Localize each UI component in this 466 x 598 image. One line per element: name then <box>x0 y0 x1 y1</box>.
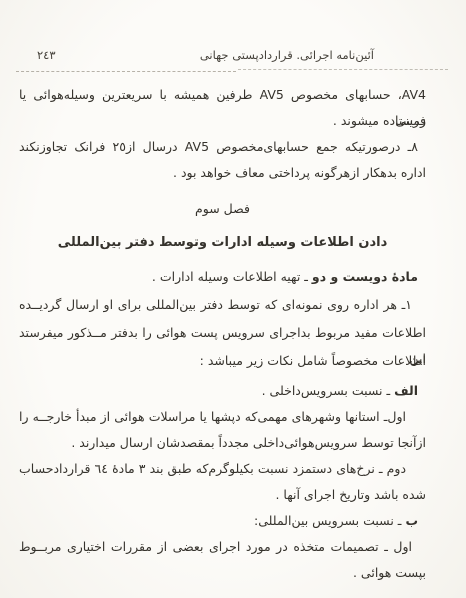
clause-alef-first-line-2: ازآنجا توسط سرویس‌هوائی‌داخلی مجدداً بمق… <box>19 430 426 456</box>
clause-be-first-line-1: اول ـ تصمیمات متخذه در مورد اجرای بعضی ا… <box>19 534 426 560</box>
article-202-subject: ـ تهیه اطلاعات وسیله ادارات . <box>152 269 308 284</box>
running-title: آئین‌نامه اجرائی. قراردادپستی جهانی <box>200 48 374 62</box>
continued-paragraph-line-1: AV4، حسابهای مخصوص AV5 طرفین همیشه با سر… <box>19 82 426 108</box>
clause-be-heading: ب ـ نسبت بسرویس بین‌المللی: <box>19 508 426 534</box>
page-header: ٢٤٣ آئین‌نامه اجرائی. قراردادپستی جهانی <box>19 48 426 68</box>
item-1-line-2: اطلاعات مفید مربوط بداجرای سرویس پست هوا… <box>19 320 426 346</box>
clause-be-first-line-2: بپست هوائی . <box>19 560 426 586</box>
article-202-heading: مادۀ دویست و دو ـ تهیه اطلاعات وسیله ادا… <box>19 264 426 290</box>
clause-alef-heading: الف ـ نسبت بسرویس‌داخلی . <box>19 378 426 404</box>
chapter-heading: فصل سوم <box>19 196 426 222</box>
clause-alef-text: ـ نسبت بسرویس‌داخلی . <box>262 383 391 398</box>
header-divider-right <box>238 69 448 70</box>
clause-alef-first-line-1: اول‌ـ استانها وشهرهای مهمی‌که دپشها یا م… <box>19 404 426 430</box>
clause-be-text: ـ نسبت بسرویس بین‌المللی: <box>254 513 401 528</box>
item-1-line-3: اطلاعات مخصوصاً شامل نکات زیر میباشد : <box>19 348 426 374</box>
clause-alef-second-line-2: شده باشد وتاریخ اجرای آنها . <box>19 482 426 508</box>
page-body: AV4، حسابهای مخصوص AV5 طرفین همیشه با سر… <box>19 82 426 586</box>
paragraph-8-line-2: اداره بدهکار ازهرگونه پرداختی معاف خواهد… <box>19 160 426 186</box>
clause-alef-letter: الف <box>394 383 418 398</box>
clause-alef-second-line-1: دوم ـ نرخ‌های دستمزد نسبت بکیلوگرم‌که طب… <box>19 456 426 482</box>
header-divider-left <box>16 71 236 72</box>
chapter-title: دادن اطلاعات وسیله ادارات وتوسط دفتر بین… <box>19 230 426 256</box>
article-202-number: مادۀ دویست و دو <box>312 269 418 284</box>
scanned-book-page: ٢٤٣ آئین‌نامه اجرائی. قراردادپستی جهانی … <box>0 0 466 598</box>
item-1-line-1: ١ـ هر اداره روی نمونه‌ای که توسط دفتر بی… <box>19 292 426 318</box>
page-number: ٢٤٣ <box>37 48 56 62</box>
paragraph-8-line-1: ٨ـ درصورتیکه جمع حسابهای‌مخصوص AV5 درسال… <box>19 134 426 160</box>
continued-paragraph-line-2: فرستاده میشوند . <box>19 108 426 134</box>
clause-be-letter: ب <box>405 513 418 528</box>
